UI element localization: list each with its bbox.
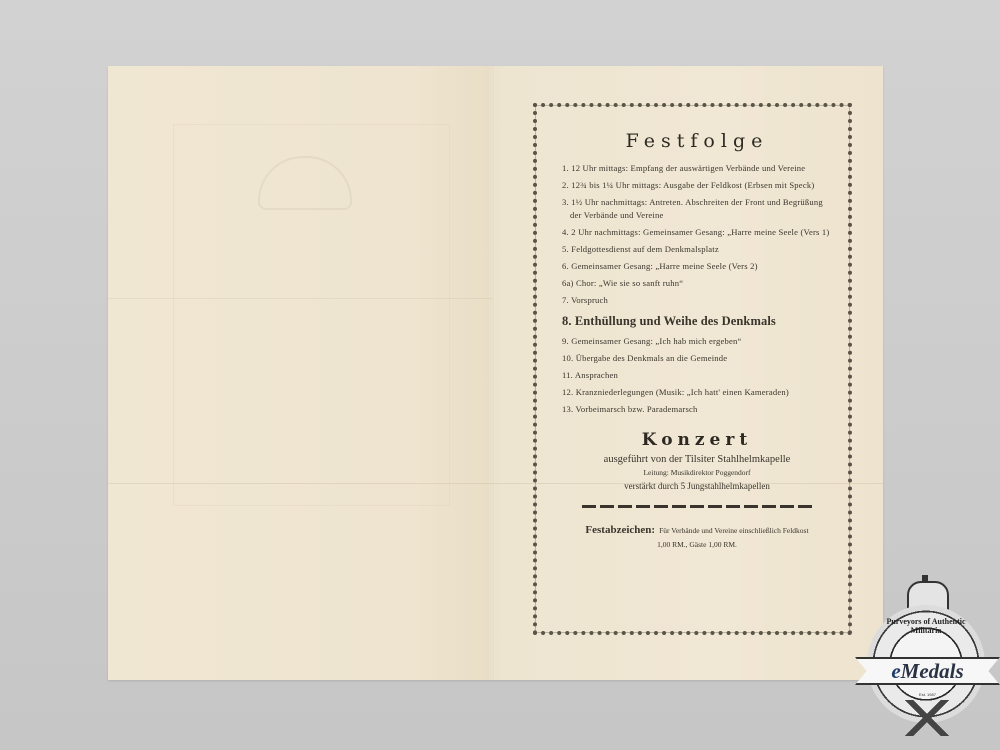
- concert-section: Konzert ausgeführt von der Tilsiter Stah…: [562, 430, 832, 491]
- program-item: 9. Gemeinsamer Gesang: „Ich hab mich erg…: [562, 335, 832, 348]
- crossed-swords-icon: [903, 700, 951, 736]
- watermark-established: Est. 1987: [855, 692, 1000, 697]
- program-item: 11. Ansprachen: [562, 369, 832, 382]
- badge-fee-section: Festabzeichen: Für Verbände und Vereine …: [562, 520, 832, 549]
- program-content: Festfolge 1. 12 Uhr mittags: Empfang der…: [562, 130, 832, 549]
- concert-title: Konzert: [562, 430, 832, 450]
- program-item: 4. 2 Uhr nachmittags: Gemeinsamer Gesang…: [562, 226, 832, 239]
- center-fold: [493, 66, 495, 680]
- program-item: 13. Vorbeimarsch bzw. Parademarsch: [562, 403, 832, 416]
- program-item: 5. Feldgottesdienst auf dem Denkmalsplat…: [562, 243, 832, 256]
- watermark-arc-text: Purveyors of Authentic Militaria: [880, 617, 972, 635]
- watermark-brand: eMedals: [855, 659, 1000, 684]
- open-program-sheet: Festfolge 1. 12 Uhr mittags: Empfang der…: [108, 66, 883, 680]
- fee-text: Für Verbände und Vereine einschließlich …: [659, 526, 808, 535]
- program-item: 12. Kranzniederlegungen (Musik: „Ich hat…: [562, 386, 832, 399]
- dashed-divider: [582, 505, 812, 508]
- program-title: Festfolge: [562, 130, 832, 152]
- program-item: 2. 12¾ bis 1¼ Uhr mittags: Ausgabe der F…: [562, 179, 832, 192]
- emedals-watermark-logo: Purveyors of Authentic Militaria eMedals…: [855, 575, 1000, 740]
- program-item: 6a) Chor: „Wie sie so sanft ruhn“: [562, 277, 832, 290]
- program-item-highlight: 8. Enthüllung und Weihe des Denkmals: [562, 313, 832, 329]
- fee-prices: 1,00 RM., Gäste 1,00 RM.: [562, 540, 832, 549]
- concert-performer: ausgeführt von der Tilsiter Stahlhelmkap…: [562, 454, 832, 465]
- fee-label: Festabzeichen:: [585, 524, 655, 536]
- program-item: 1. 12 Uhr mittags: Empfang der auswärtig…: [562, 162, 832, 175]
- concert-reinforcement: verstärkt durch 5 Jungstahlhelmkapellen: [562, 481, 832, 491]
- program-item: 3. 1½ Uhr nachmittags: Antreten. Abschre…: [562, 196, 832, 222]
- concert-conductor: Leitung: Musikdirektor Poggendorf: [562, 468, 832, 477]
- program-item: 7. Vorspruch: [562, 294, 832, 307]
- program-item: 6. Gemeinsamer Gesang: „Harre meine Seel…: [562, 260, 832, 273]
- program-item: 10. Übergabe des Denkmals an die Gemeind…: [562, 352, 832, 365]
